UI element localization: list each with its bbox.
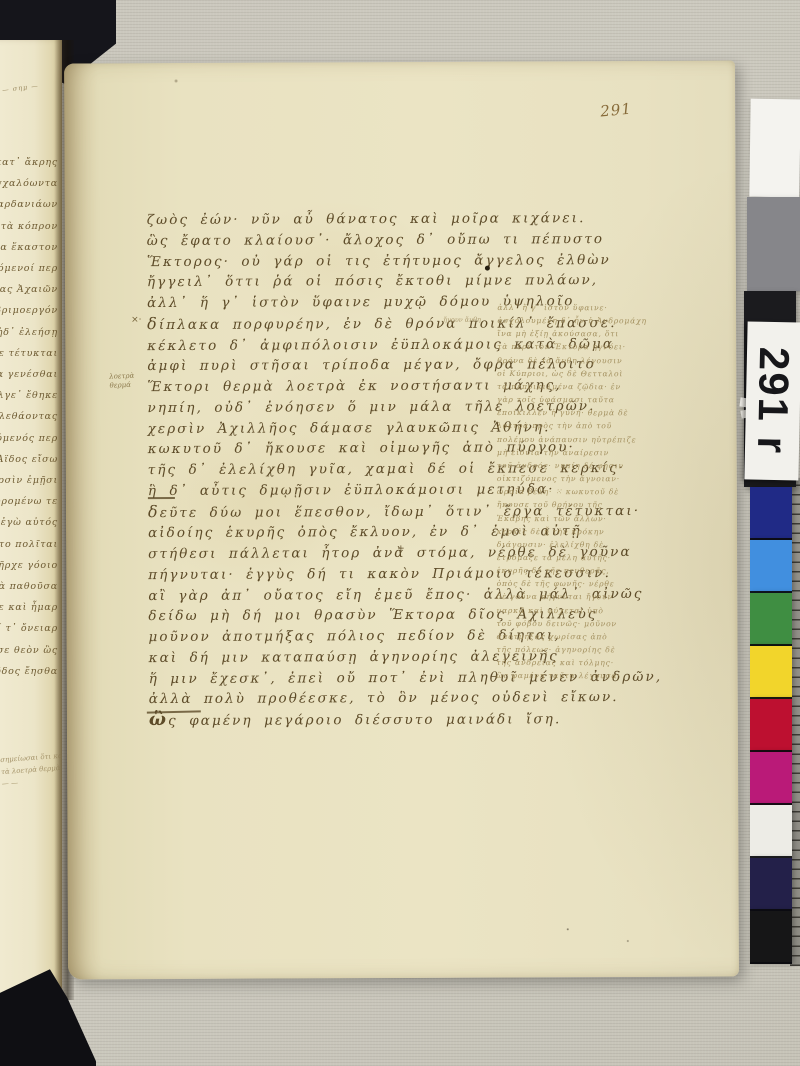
line-fragment: κατοίσεται Ἄϊδος εἴσω: [0, 449, 58, 470]
color-chip: [750, 805, 792, 858]
main-page: 291 ζωὸς ἐών· νῦν αὖ θάνατος καὶ μοῖρα κ…: [64, 61, 739, 980]
scholion-line: ναρκᾷ καὶ ψύχεται ὑπὸ: [497, 604, 673, 618]
scholion-line: οἰκτιζόμενος τὴν ἄγνοιαν·: [497, 472, 673, 486]
poem-line: ἀλλὰ πολὺ προθέεσκε, τὸ ὃν μένος οὐδενὶ …: [149, 687, 661, 710]
scholion-line: τοῦ φόβου δεινῶς· μοῦνον: [497, 617, 673, 631]
line-fragment: αἰδέσσεται ἠδ᾽ ἐλεήσῃ: [0, 322, 58, 343]
scholion-line: τοῦ ἀνδρός· νηπίη δέ φησιν: [497, 459, 673, 473]
line-fragment: πελέσκεο πᾶσί τ᾽ ὄνειαρ: [0, 618, 58, 639]
line-fragment: ἔτρεφε πῆμα γενέσθαι: [0, 364, 58, 385]
underline-mark: [148, 497, 175, 499]
scholion-line: ἀλλ᾽ ἥ γ᾽ ἱστὸν ὕφαινε·: [497, 301, 673, 315]
color-chip: [750, 752, 792, 805]
line-fragment: πυλάων Δαρδανιάων: [0, 194, 58, 215]
poem-line: ὣς ἔφατο κλαίουσ᾽· ἄλοχος δ᾽ οὔπω τι πέπ…: [147, 229, 659, 252]
color-chip: [750, 540, 792, 593]
shelfmark-label-text: 291 r: [748, 346, 798, 455]
scholion-line: κερκὶς δὲ ᾗ τὴν κρόκην: [497, 525, 673, 539]
scholion-line: διάγουσιν· ἐλελίχθη δὲ: [497, 538, 673, 552]
line-fragment: μάλα μέγα κῦδος ἔησθα: [0, 661, 58, 682]
left-margin-gloss: λοετρὰθερμά: [109, 372, 135, 391]
scholion-line: γὰρ τοῖς ὑφάσμασι ταῦτα: [497, 393, 673, 407]
poem-line: Ἕκτορος· οὐ γάρ οἱ τις ἐτήτυμος ἄγγελος …: [147, 249, 659, 272]
scholion-line: οἱ Κύπριοι, ὡς δὲ Θετταλοὶ: [497, 367, 673, 381]
facing-page-top-note: — σημ —: [2, 78, 62, 94]
scholion-line: πολέμου ἀνάπαυσιν ηὐτρέπιζε: [497, 433, 673, 447]
line-fragment: πατὴρ τοιόσδε τέτυκται: [0, 343, 58, 364]
facing-page-line-fragments: σμύχοιτο κατ᾽ ἄκρηςἔχον ἀσχαλόωνταπυλάων…: [0, 152, 61, 682]
scholion-line: ὡραῖα βέλη· ⁙ κωκυτοῦ δὲ: [497, 485, 673, 499]
scholion-line: δὲ γοῦνα πήγνυται ἤγουν: [497, 590, 673, 604]
scholion-line: τῆς ἀνδρείας καὶ τόλμης·: [496, 656, 672, 670]
color-chip: [750, 593, 792, 646]
scholion-line: τῆς πόλεως· ἀγηνορίης δὲ: [496, 643, 672, 657]
facing-page-edge: — σημ — σμύχοιτο κατ᾽ ἄκρηςἔχον ἀσχαλόων…: [0, 40, 62, 1006]
scholion-line: ἤκουσε τοῦ θρήνου τῆς: [497, 498, 673, 512]
color-chip: [750, 487, 792, 540]
calibration-gray-card: [747, 197, 800, 291]
line-fragment: τοῦτον ὀβριμοεργόν: [0, 300, 58, 321]
poem-line: ζωὸς ἐών· νῦν αὖ θάνατος καὶ μοῖρα κιχάν…: [147, 208, 659, 231]
folio-number: 291: [599, 100, 632, 121]
line-fragment: δυσάμμορος ἠδ᾽ ἐγὼ αὐτός: [0, 512, 58, 533]
gloss-line: θερμά: [109, 381, 134, 391]
ink-dot: [485, 266, 490, 271]
scholion-line: ἐτρόμαξε τὰ μέλη αὐτῆς·: [497, 551, 673, 565]
line-fragment: ὀδύρομαι ἀχνύμενός περ: [0, 428, 58, 449]
scholion-line: ἵνα μὴ ἐξίῃ ἀκούσασα, ὅτι: [497, 327, 673, 341]
color-chip: [750, 858, 792, 911]
line-fragment: ἁδινοῦ ἐξῆρχε γόοιο: [0, 555, 58, 576]
color-chip: [750, 699, 792, 752]
line-fragment: κλαίοντέ τε μυρομένω τε: [0, 491, 58, 512]
line-fragment: πτόλιν οἵ σε θεὸν ὣς: [0, 640, 58, 661]
scholion-line: ἑκυρῆς δὲ τῆς πενθερᾶς,: [497, 564, 673, 578]
line-fragment: ἀπέκτανε τηλεθάοντας: [0, 406, 58, 427]
line-fragment: ἔχον ἀσχαλόωντα: [0, 173, 58, 194]
correction-plus-mark: +: [397, 544, 405, 554]
scholion-line: ἐποίκιλλεν ἡ γυνή· θερμὰ δὲ: [497, 406, 673, 420]
scholion-line: ὣς φαμένη ταῦτα λέγουσα·: [496, 669, 672, 683]
color-chip: [750, 646, 792, 699]
line-fragment: ἐάσατε κηδόμενοί περ: [0, 258, 58, 279]
scholion-line: τὰ πεποικιλμένα ζῷδια· ἐν: [497, 380, 673, 394]
line-fragment: ων ἄνδρα ἕκαστον: [0, 237, 58, 258]
line-fragment: θανέειν ἐν χερσὶν ἐμῇσι: [0, 470, 58, 491]
line-fragment: ἐπὶ νῆας Ἀχαιῶν: [0, 279, 58, 300]
scholion-line: ἀποτμήξας χωρίσας ἀπὸ: [496, 630, 672, 644]
scholion-line: μὴ εἰδυῖα τὴν ἀναίρεσιν: [497, 446, 673, 460]
scholion-line: τὰ περὶ τὸν Ἕκτορα ἠγνόει·: [497, 340, 673, 354]
scholion-line: ἀσχολουμένη δ᾽ ἦν ἡ Ἀνδρομάχη: [497, 314, 673, 328]
line-fragment: περὶ πάντων ἄλγε᾽ ἔθηκε: [0, 385, 58, 406]
poem-line: ὣς φαμένη μεγάροιο διέσσυτο μαινάδι ἴση.: [149, 708, 661, 732]
interlinear-gloss: ἤγουν ἄνθη: [443, 316, 481, 324]
calibration-white-card: [749, 99, 800, 198]
margin-mark: ×·: [131, 315, 141, 325]
scholion-line: ὀπὸς δὲ τῆς φωνῆς· νέρθε: [497, 577, 673, 591]
manuscript-photo: — σημ — σμύχοιτο κατ᾽ ἄκρηςἔχον ἀσχαλόων…: [0, 0, 800, 1066]
marginal-scholia-block: ἀλλ᾽ ἥ γ᾽ ἱστὸν ὕφαινε·ἀσχολουμένη δ᾽ ἦν…: [496, 301, 673, 683]
line-fragment: ἐπὶ δὲ στενάχοντο πολῖται: [0, 534, 58, 555]
color-calibration-chips: [750, 487, 792, 964]
shelfmark-label: 291 r: [744, 321, 800, 480]
scholion-line: Ἑκάβης καὶ τῶν ἄλλων·: [497, 511, 673, 525]
line-fragment: νύκτάς τε καὶ ἦμαρ: [0, 597, 58, 618]
scholion-line: λοετρὰ πρὸς τὴν ἀπὸ τοῦ: [497, 419, 673, 433]
line-fragment: βείομαι αἰνὰ παθοῦσα: [0, 576, 58, 597]
line-fragment: σμύχοιτο κατ᾽ ἄκρης: [0, 152, 58, 173]
color-chip: [750, 911, 792, 964]
poem-line: ἤγγειλ᾽ ὅττι ῥά οἱ πόσις ἔκτοθι μίμνε πυ…: [147, 270, 659, 293]
scholion-line: θρόνα δὲ τὰ ἄνθη λέγουσιν: [497, 354, 673, 368]
facing-page-lower-note: σημείωσαι ὅτι καὶτὰ λοετρὰ θερμὰ— —: [0, 750, 62, 790]
line-fragment: όμενος κατὰ κόπρον: [0, 216, 58, 237]
